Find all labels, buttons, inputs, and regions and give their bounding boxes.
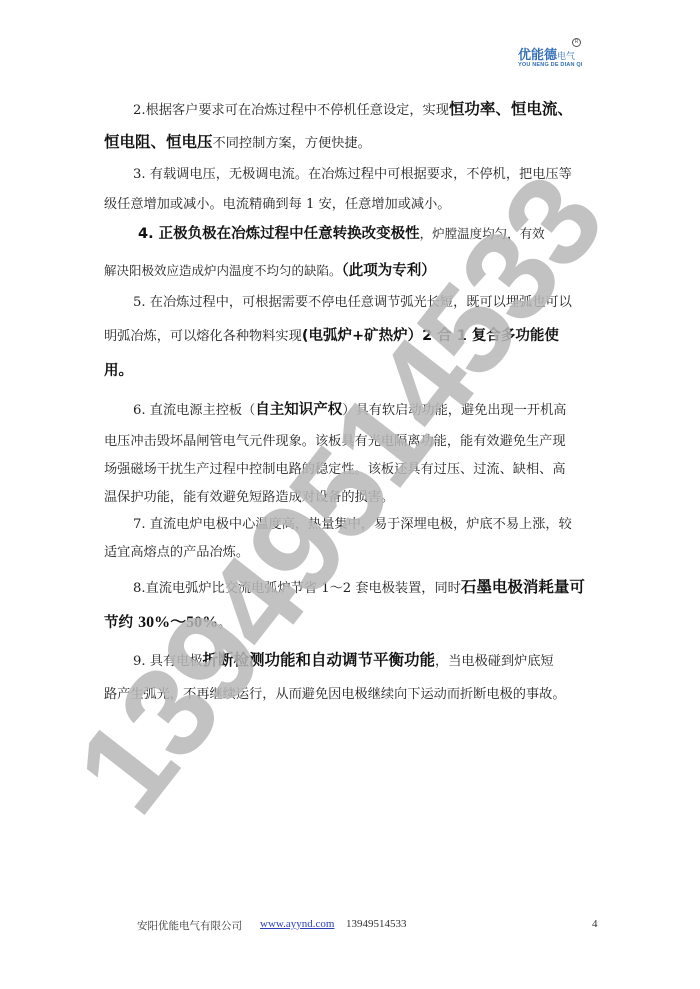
item-6-line-3: 场强磁场干扰生产过程中控制电路的稳定性。该板还具有过压、过流、缺相、高: [104, 458, 566, 477]
item-5-line-1: 5. 在冶炼过程中，可根据需要不停电任意调节弧光长短，既可以埋弧也可以: [133, 291, 572, 310]
item-9-text: 9. 具有电极: [133, 654, 203, 669]
item-7-line-1: 7. 直流电炉电极中心温度高，热量集中，易于深埋电极，炉底不易上涨，较: [133, 513, 572, 532]
document-page: 优能德电气 R YOU NENG DE DIAN QI 2.根据客户要求可在冶炼…: [0, 0, 700, 989]
item-5-text: 明弧冶炼，可以熔化各种物料实现: [104, 329, 302, 344]
item-9-line-2: 路产生弧光，不再继续运行，从而避免因电极继续向下运动而折断电极的事故。: [104, 683, 566, 702]
item-6-line-2: 电压冲击毁坏晶闸管电气元件现象。该板具有光电隔离功能，能有效避免生产现: [104, 430, 566, 449]
item-5-line-2: 明弧冶炼，可以熔化各种物料实现(电弧炉+矿热炉）2 合 1 复合多功能使: [104, 324, 559, 345]
page-number: 4: [592, 918, 598, 930]
item-8-line-1: 8.直流电弧炉比交流电弧炉节省 1～2 套电极装置，同时石墨电极消耗量可: [133, 575, 585, 597]
item-8-emphasis: 石墨电极消耗量可: [461, 578, 585, 596]
item-6-line-4: 温保护功能，能有效避免短路造成对设备的损害。: [104, 486, 394, 505]
item-3-line-1: 3. 有载调电压，无极调电流。在冶炼过程中可根据要求，不停机，把电压等: [133, 163, 572, 182]
item-2-line-1: 2.根据客户要求可在冶炼过程中不停机任意设定，实现恒功率、恒电流、: [133, 97, 573, 119]
item-8-line-2: 节约 30%～50%。: [104, 609, 231, 632]
item-8-text: 8.直流电弧炉比交流电弧炉节省 1～2 套电极装置，同时: [133, 581, 461, 596]
logo-chinese-name: 优能德电气: [518, 44, 575, 63]
footer-company-name: 安阳优能电气有限公司: [137, 918, 242, 933]
item-9-emphasis: 折断检测功能和自动调节平衡功能: [203, 651, 436, 669]
item-6-text-b: ）具有软启动功能，避免出现一开机高: [342, 403, 566, 418]
item-8-end: 。: [218, 616, 231, 631]
item-8-emphasis-2: 节约: [104, 615, 138, 631]
item-2-text: 2.根据客户要求可在冶炼过程中不停机任意设定，实现: [133, 103, 449, 118]
logo-brand-suffix: 电气: [557, 52, 575, 62]
item-2-emphasis: 恒功率、恒电流、: [449, 100, 573, 118]
logo-brand: 优能德: [518, 48, 557, 63]
patent-note: （此项为专利）: [342, 263, 436, 279]
footer-phone: 13949514533: [346, 918, 407, 930]
company-logo: 优能德电气 R YOU NENG DE DIAN QI: [518, 38, 608, 78]
item-4-text: ，炉膛温度均匀，有效: [420, 226, 545, 241]
item-5-emphasis: (电弧炉+矿热炉）2 合 1 复合多功能使: [302, 328, 559, 344]
item-9-line-1: 9. 具有电极折断检测功能和自动调节平衡功能，当电极碰到炉底短: [133, 648, 554, 670]
item-3-line-2: 级任意增加或减小。电流精确到每 1 安，任意增加或减小。: [104, 193, 450, 212]
footer-website-link[interactable]: www.ayynd.com: [260, 918, 334, 930]
ip-emphasis: 自主知识产权: [255, 402, 342, 418]
item-2-emphasis-2: 恒电阻、恒电压: [104, 133, 213, 151]
item-9-text-b: ，当电极碰到炉底短: [435, 654, 554, 669]
savings-percent: 30%～50%: [138, 614, 218, 631]
item-6-text: 6. 直流电源主控板（: [133, 403, 255, 418]
registered-trademark-icon: R: [572, 38, 581, 47]
item-6-line-1: 6. 直流电源主控板（自主知识产权）具有软启动功能，避免出现一开机高: [133, 398, 566, 419]
item-4-line-2: 解决阳极效应造成炉内温度不均匀的缺陷。（此项为专利）: [104, 259, 436, 280]
item-5-line-3: 用。: [104, 359, 133, 380]
logo-english-name: YOU NENG DE DIAN QI: [518, 62, 583, 68]
item-2-line-2: 恒电阻、恒电压不同控制方案，方便快捷。: [104, 130, 371, 152]
item-7-line-2: 适宜高熔点的产品冶炼。: [104, 541, 249, 560]
item-2-text-2: 不同控制方案，方便快捷。: [213, 136, 371, 151]
item-4-line-1: 4. 正极负极在冶炼过程中任意转换改变极性，炉膛温度均匀，有效: [138, 222, 545, 243]
item-4-text-2: 解决阳极效应造成炉内温度不均匀的缺陷。: [104, 263, 342, 278]
item-4-emphasis: 4. 正极负极在冶炼过程中任意转换改变极性: [138, 226, 420, 242]
item-5-emphasis-2: 用。: [104, 363, 133, 379]
